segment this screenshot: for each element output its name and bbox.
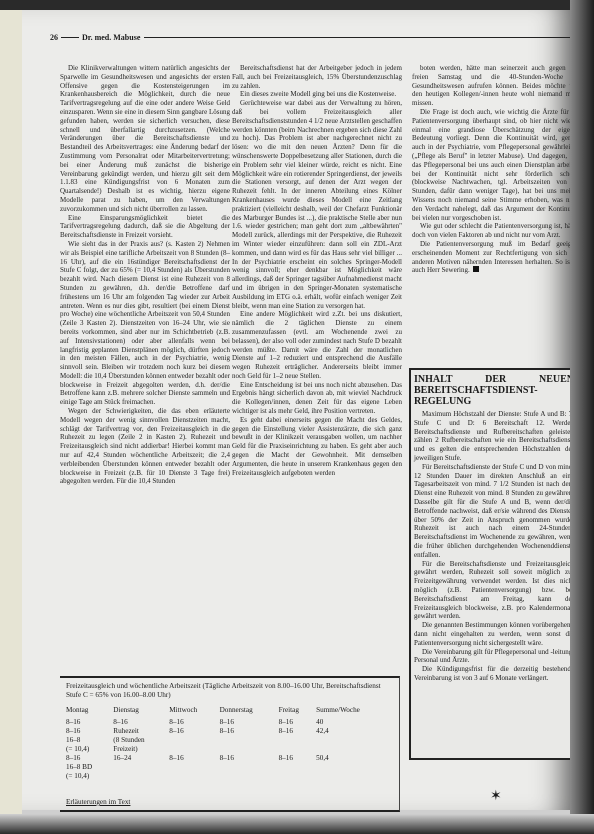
- table-cell: 40: [316, 718, 393, 727]
- info-paragraph: Für die Bereitschaftsdienste und Freizei…: [414, 560, 574, 622]
- page-left-margin: [0, 10, 22, 820]
- table-cell: 42,4: [316, 727, 393, 754]
- paragraph: Die Frage ist doch auch, wie wichtig die…: [412, 108, 580, 222]
- end-of-article-square-icon: [473, 266, 479, 272]
- table-row: 8–16 16–8 (= 10,4) Ruhezeit (8 Stunden F…: [66, 727, 393, 754]
- info-box-title: INHALT DER NEUEN BEREITSCHAFTSDIENST-REG…: [414, 374, 574, 407]
- info-paragraph: Für Bereitschaftsdienste der Stufe C und…: [414, 463, 574, 560]
- paragraph: Wie gut oder schlecht die Patientenverso…: [412, 222, 580, 240]
- table-cell: 8–16: [279, 727, 317, 754]
- table-caption: Freizeitausgleich und wöchentliche Arbei…: [66, 682, 393, 700]
- table-header-row: Montag Dienstag Mittwoch Donnerstag Frei…: [66, 706, 393, 718]
- table-cell: 8–16: [169, 754, 219, 781]
- paragraph: Wie sieht das in der Praxis aus? (s. Kas…: [60, 240, 230, 407]
- table-cell: 8–16 16–8 (= 10,4): [66, 727, 113, 754]
- paragraph: Eine andere Möglichkeit wird z.Zt. bei u…: [232, 310, 402, 380]
- table-row: 8–16 8–16 8–16 8–16 8–16 40: [66, 718, 393, 727]
- column-header: Donnerstag: [220, 706, 279, 718]
- schedule-table: Montag Dienstag Mittwoch Donnerstag Frei…: [66, 706, 393, 781]
- table-cell: 8–16: [220, 718, 279, 727]
- header-rule: [144, 37, 570, 38]
- scan-bottom-edge: [0, 814, 594, 834]
- table-row: 8–16 16–8 BD (= 10,4) 16–24 8–16 8–16 8–…: [66, 754, 393, 781]
- paragraph: Gerüchteweise war dabei aus der Verwaltu…: [232, 99, 402, 310]
- running-header: 26 Dr. med. Mabuse: [50, 32, 570, 42]
- column-header: Mittwoch: [169, 706, 219, 718]
- schedule-table-box: Freizeitausgleich und wöchentliche Arbei…: [60, 676, 400, 812]
- column-header: Montag: [66, 706, 113, 718]
- star-ornament-icon: ✶: [490, 788, 502, 805]
- journal-title: Dr. med. Mabuse: [82, 33, 140, 42]
- table-cell: 8–16: [66, 718, 113, 727]
- table-cell: 8–16: [279, 754, 317, 781]
- table-cell: 8–16: [169, 718, 219, 727]
- table-cell: 8–16 16–8 BD (= 10,4): [66, 754, 113, 781]
- info-paragraph: Die genannten Bestimmungen können vorübe…: [414, 621, 574, 647]
- header-dash: [61, 37, 79, 38]
- paragraph: Es geht dabei einerseits gegen die Macht…: [232, 416, 402, 478]
- table-cell: 8–16: [113, 718, 169, 727]
- table-cell: 16–24: [113, 754, 169, 781]
- table-cell: 8–16: [169, 727, 219, 754]
- paragraph: boten werden, hätte man seinerzeit auch …: [412, 64, 580, 108]
- info-box-regulation: INHALT DER NEUEN BEREITSCHAFTSDIENST-REG…: [409, 368, 579, 760]
- info-paragraph: Maximum Höchstzahl der Dienste: Stufe A …: [414, 410, 574, 463]
- paragraph: Ein dieses zweite Modell ging bei uns di…: [232, 90, 402, 99]
- table-cell: Ruhezeit (8 Stunden Freizeit): [113, 727, 169, 754]
- table-cell: 8–16: [279, 718, 317, 727]
- paragraph-text: Die Patientenversorgung muß im Bedarf ge…: [412, 240, 580, 274]
- page-number: 26: [50, 33, 58, 42]
- info-paragraph: Die Vereinbarung gilt für Pflegepersonal…: [414, 648, 574, 666]
- text-column-1: Die Klinikverwaltungen wittern natürlich…: [60, 64, 230, 650]
- paragraph: Bereitschaftsdienst hat der Arbeitgeber …: [232, 64, 402, 90]
- scan-binding-shadow: [570, 0, 594, 834]
- text-column-3: boten werden, hätte man seinerzeit auch …: [412, 64, 580, 364]
- paragraph: Eine Entscheidung ist bei uns noch nicht…: [232, 381, 402, 416]
- table-cell: 8–16: [220, 754, 279, 781]
- table-cell: 8–16: [220, 727, 279, 754]
- paragraph: Die Klinikverwaltungen wittern natürlich…: [60, 64, 230, 214]
- paragraph: Wegen der Schwierigkeiten, die das eben …: [60, 407, 230, 486]
- table-cell: 50,4: [316, 754, 393, 781]
- table-footnote: Erläuterungen im Text: [66, 798, 130, 807]
- paragraph: Die Patientenversorgung muß im Bedarf ge…: [412, 240, 580, 275]
- column-header: Dienstag: [113, 706, 169, 718]
- info-paragraph: Die Kündigungsfrist für die derzeitig be…: [414, 665, 574, 683]
- column-header: Freitag: [279, 706, 317, 718]
- paragraph: Eine Einsparungsmöglichkeit bietet die T…: [60, 214, 230, 240]
- column-header: Summe/Woche: [316, 706, 393, 718]
- text-column-2: Bereitschaftsdienst hat der Arbeitgeber …: [232, 64, 402, 650]
